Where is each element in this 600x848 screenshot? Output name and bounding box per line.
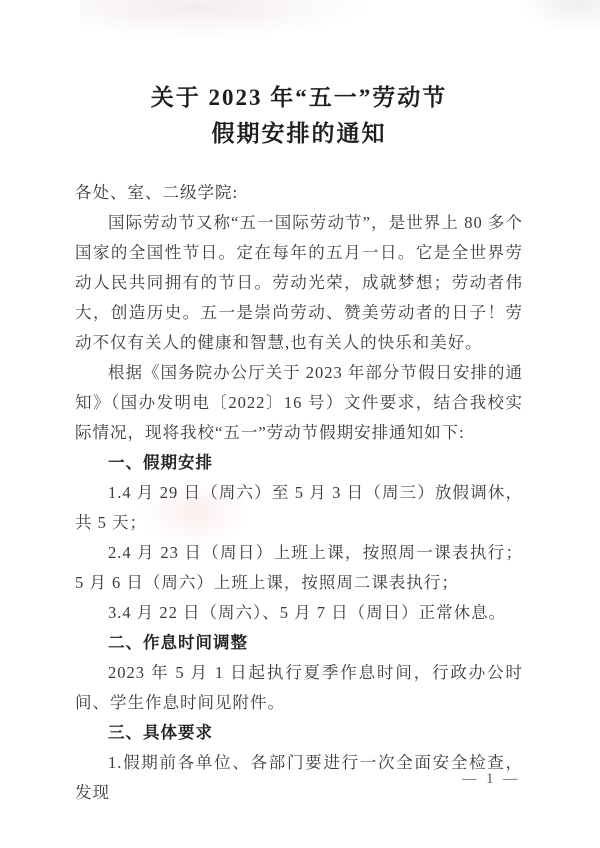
holiday-item-3: 3.4 月 22 日（周六）、5 月 7 日（周日）正常休息。 [75, 598, 523, 628]
scan-artifact-top [80, 0, 370, 38]
paragraph-basis: 根据《国务院办公厅关于 2023 年部分节假日安排的通知》（国办发明电〔2022… [75, 358, 523, 448]
document-content: 关于 2023 年“五一”劳动节 假期安排的通知 各处、室、二级学院: 国际劳动… [75, 80, 523, 808]
document-title-line-1: 关于 2023 年“五一”劳动节 [75, 80, 523, 116]
scan-artifact-top-right [525, 0, 600, 30]
salutation: 各处、室、二级学院: [75, 178, 523, 208]
schedule-paragraph: 2023 年 5 月 1 日起执行夏季作息时间，行政办公时间、学生作息时间见附件… [75, 658, 523, 718]
paragraph-intro: 国际劳动节又称“五一国际劳动节”，是世界上 80 多个国家的全国性节日。定在每年… [75, 208, 523, 358]
requirement-item-1: 1.假期前各单位、各部门要进行一次全面安全检查，发现 [75, 748, 523, 808]
document-page: 关于 2023 年“五一”劳动节 假期安排的通知 各处、室、二级学院: 国际劳动… [0, 0, 600, 848]
section-heading-1: 一、假期安排 [75, 448, 523, 478]
section-heading-2: 二、作息时间调整 [75, 628, 523, 658]
document-title-line-2: 假期安排的通知 [75, 116, 523, 152]
section-heading-3: 三、具体要求 [75, 718, 523, 748]
holiday-item-1: 1.4 月 29 日（周六）至 5 月 3 日（周三）放假调休，共 5 天； [75, 478, 523, 538]
holiday-item-2: 2.4 月 23 日（周日）上班上课，按照周一课表执行；5 月 6 日（周六）上… [75, 538, 523, 598]
document-title: 关于 2023 年“五一”劳动节 假期安排的通知 [75, 80, 523, 152]
page-number: — 1 — [462, 771, 521, 788]
